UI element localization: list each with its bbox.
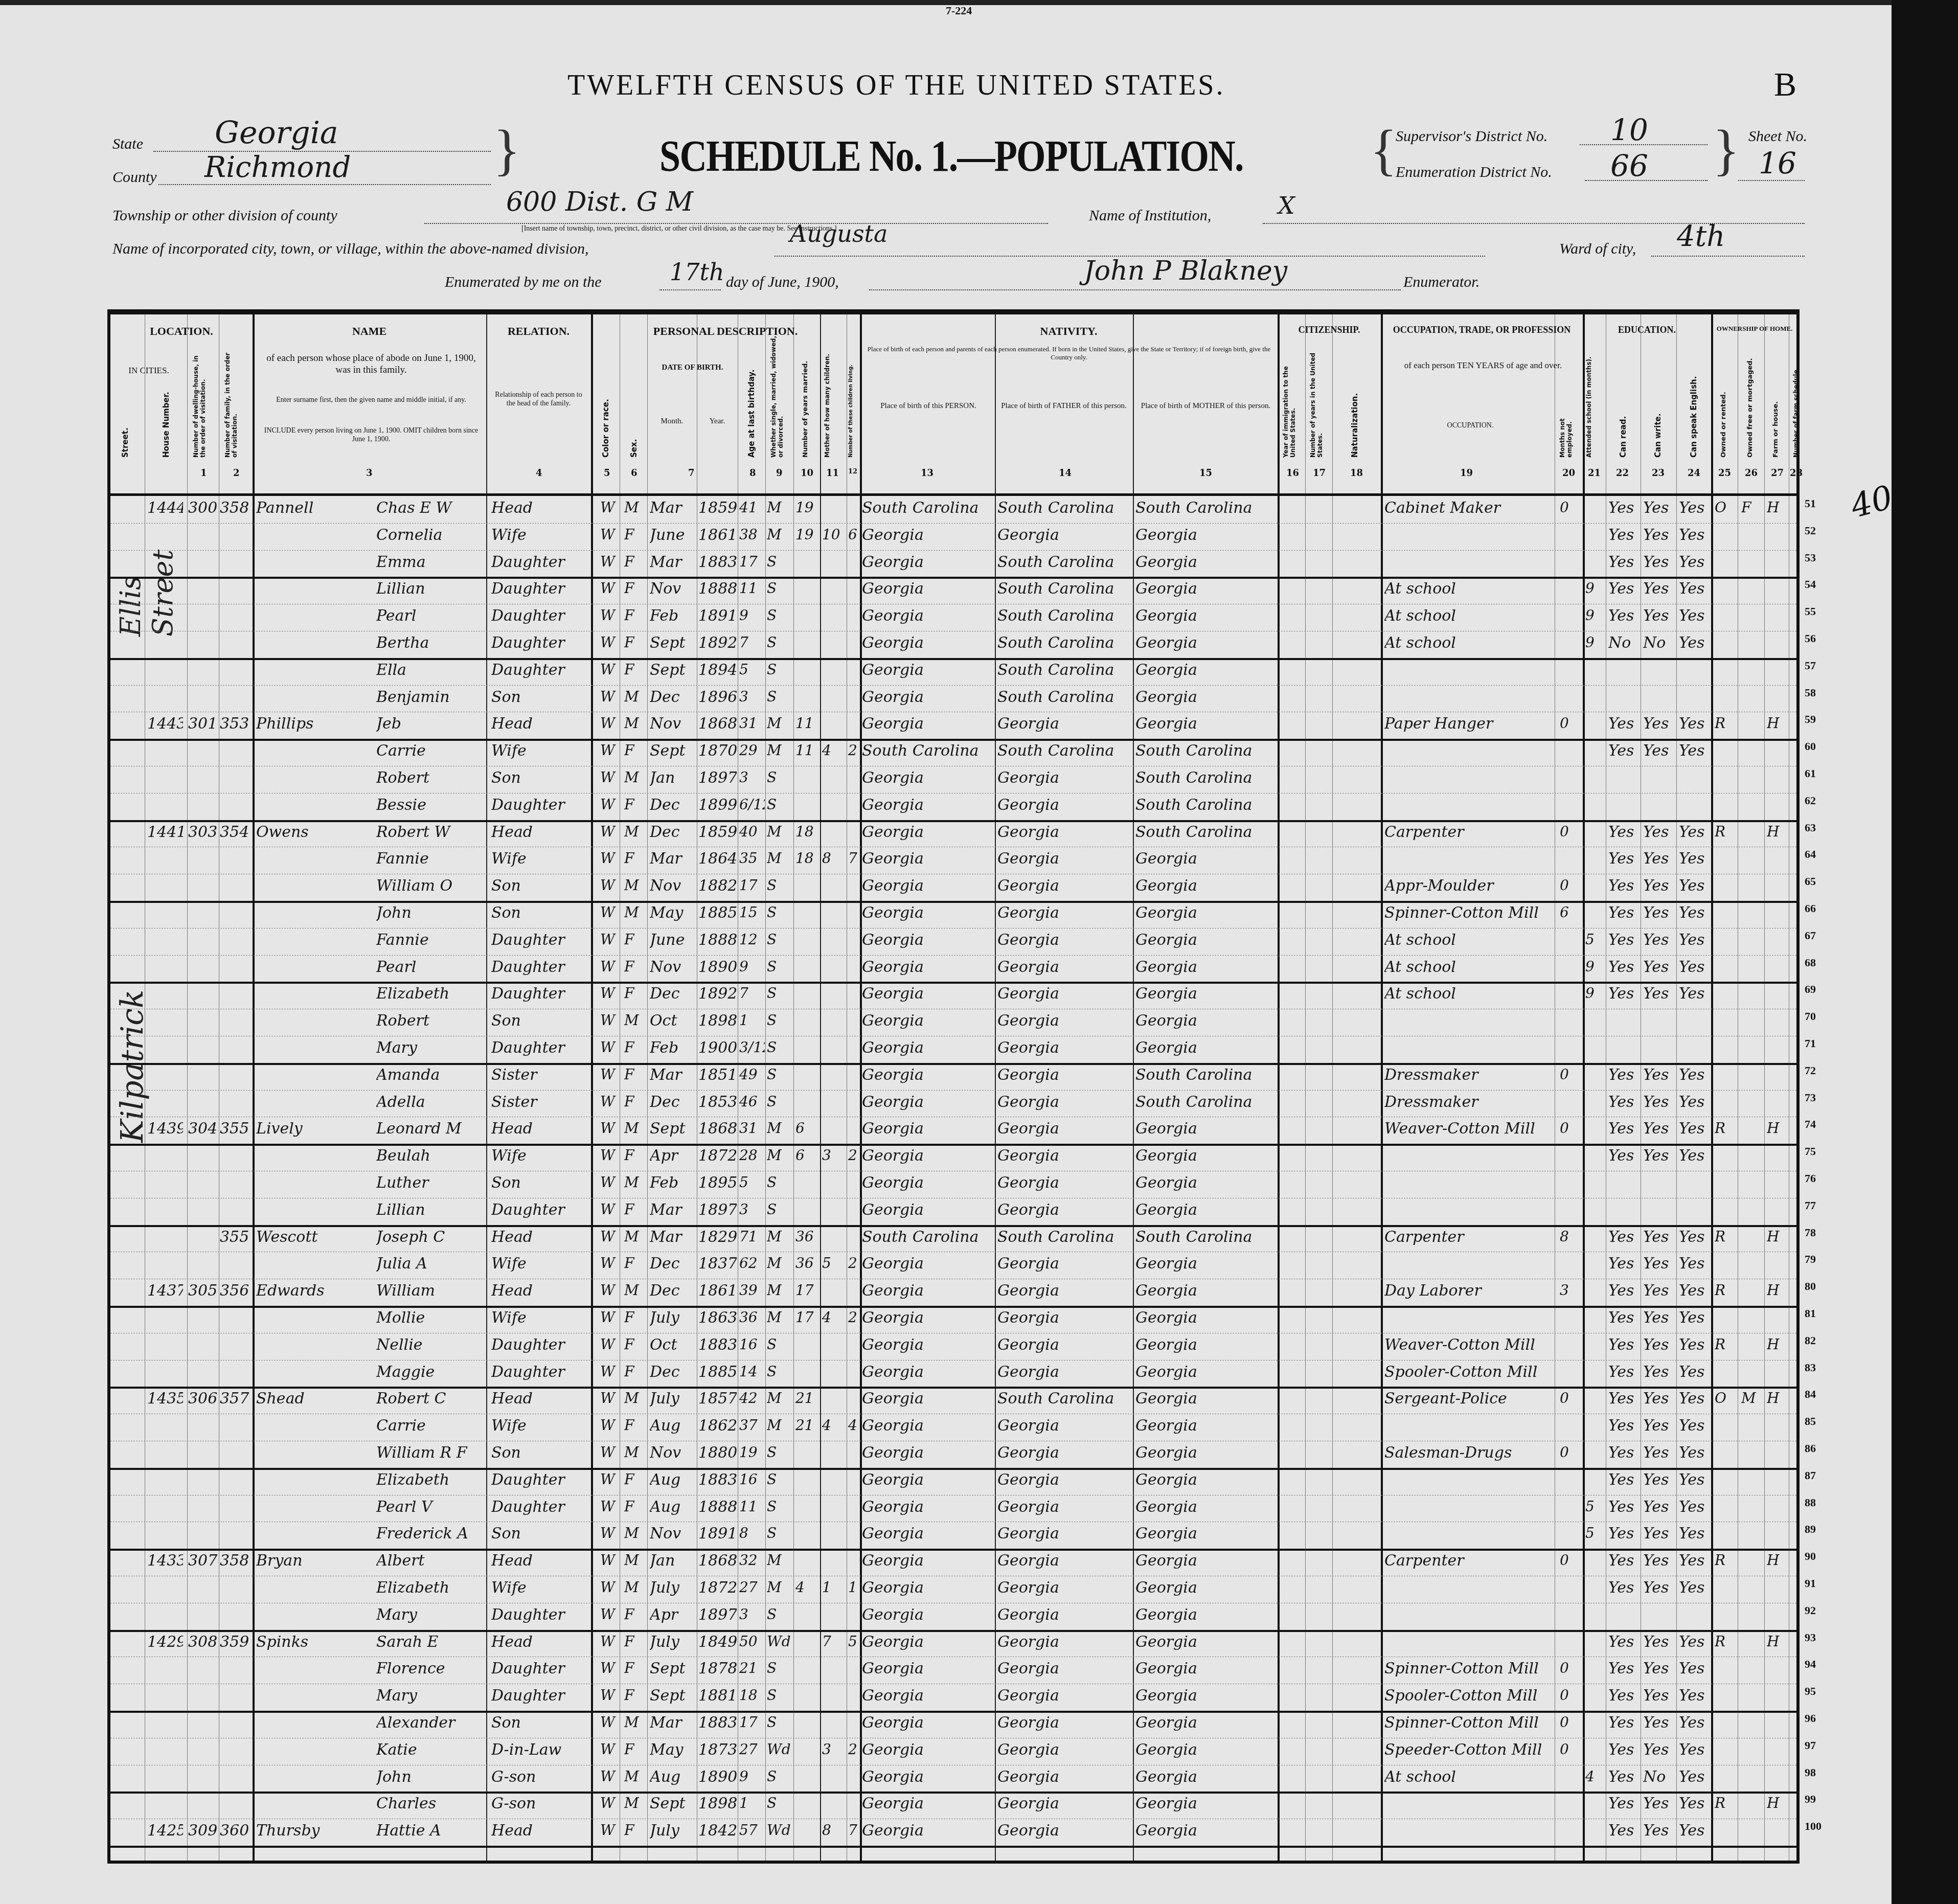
cell-pobm: Georgia — [1135, 1795, 1277, 1812]
cell-given: Ella — [376, 661, 486, 679]
cell-sex: F — [624, 931, 646, 948]
cell-yr: 1897 — [698, 769, 737, 787]
scan-edge — [1892, 0, 1958, 1904]
cell-en: Yes — [1679, 1282, 1710, 1300]
cell-pob: Georgia — [862, 877, 994, 895]
cell-sex: M — [624, 823, 646, 840]
cell-pob: Georgia — [862, 1525, 994, 1543]
cell-pobf: Georgia — [997, 904, 1131, 922]
cell-yr: 1883 — [698, 1471, 737, 1489]
table-row: 355WescottJoseph CHeadWMMar182971M36Sout… — [110, 1225, 1796, 1253]
cell-wr: Yes — [1643, 1795, 1674, 1812]
line-number: 60 — [1805, 740, 1816, 753]
cell-sex: M — [624, 1390, 646, 1407]
cell-rd: Yes — [1608, 1255, 1639, 1273]
cell-yr: 1868 — [698, 715, 737, 733]
col-num: 3 — [366, 468, 373, 479]
cell-en: Yes — [1679, 1822, 1710, 1840]
cell-mon: Dec — [650, 1282, 696, 1300]
table-row: PearlDaughterWFNov18909SGeorgiaGeorgiaGe… — [110, 955, 1796, 984]
cell-wr: Yes — [1643, 850, 1674, 868]
cell-sex: M — [624, 1714, 646, 1731]
cell-occ: Paper Hanger — [1384, 715, 1553, 733]
cell-given: Robert W — [376, 823, 486, 841]
cell-sex: F — [624, 1147, 646, 1164]
cell-ms: S — [767, 769, 792, 786]
cell-color: W — [600, 1444, 619, 1461]
cell-age: 3 — [739, 1606, 765, 1623]
cell-age: 16 — [739, 1336, 765, 1353]
cell-wr: Yes — [1643, 958, 1674, 976]
cell-pobm: Georgia — [1135, 1471, 1277, 1489]
cell-color: W — [600, 1201, 619, 1218]
cell-pobm: Georgia — [1135, 1390, 1277, 1408]
cell-ms: S — [767, 904, 792, 921]
cell-pobf: Georgia — [997, 823, 1131, 841]
cell-given: William R F — [376, 1444, 486, 1462]
cell-en: Yes — [1679, 607, 1710, 625]
line-number: 56 — [1805, 632, 1816, 645]
cell-color: W — [600, 904, 619, 921]
cell-rd: Yes — [1608, 958, 1639, 976]
cell-pob: Georgia — [862, 1336, 994, 1354]
cell-house: 1443 — [147, 715, 183, 733]
cell-occ: Day Laborer — [1384, 1282, 1553, 1300]
cell-age: 17 — [739, 1714, 765, 1731]
children-living-col-header: Number of these children living. — [848, 335, 859, 458]
cell-pobf: Georgia — [997, 1417, 1131, 1435]
dwelling-col-header: Number of dwelling-house, in the order o… — [192, 345, 215, 458]
table-row: 1441303354OwensRobert WHeadWMDec185940M1… — [110, 820, 1796, 848]
table-row: LillianDaughterWFNov188811SGeorgiaSouth … — [110, 577, 1796, 604]
cell-unemp: 0 — [1560, 1552, 1580, 1569]
cell-wr: Yes — [1643, 1633, 1674, 1651]
mother-of-col-header: Mother of how many children. — [824, 335, 845, 458]
cell-color: W — [600, 931, 619, 948]
cell-ms: S — [767, 1687, 792, 1704]
cell-en: Yes — [1679, 1228, 1710, 1246]
cell-given: Mary — [376, 1687, 486, 1705]
cell-en: Yes — [1679, 1714, 1710, 1732]
cell-pob: Georgia — [862, 931, 994, 949]
table-row: BerthaDaughterWFSept18927SGeorgiaSouth C… — [110, 631, 1796, 660]
cell-en: Yes — [1679, 931, 1710, 949]
cell-rd: Yes — [1608, 1363, 1639, 1381]
cell-pob: Georgia — [862, 1471, 994, 1489]
cell-given: Mary — [376, 1606, 486, 1624]
cell-mon: June — [650, 931, 696, 949]
name-instruction: Enter surname first, then the given name… — [264, 396, 479, 405]
cell-color: W — [600, 526, 619, 543]
cell-occ: At school — [1384, 958, 1553, 976]
cell-ms: S — [767, 796, 792, 813]
line-number: 57 — [1805, 659, 1816, 672]
cell-color: W — [600, 877, 619, 894]
cell-color: W — [600, 1228, 619, 1245]
cell-rel: Head — [491, 1633, 588, 1651]
cell-rd: Yes — [1608, 1822, 1639, 1840]
cell-sex: F — [624, 1606, 646, 1623]
cell-yr: 1851 — [698, 1066, 737, 1084]
cell-color: W — [600, 1633, 619, 1650]
cell-rel: Head — [491, 823, 588, 841]
cell-rd: Yes — [1608, 715, 1639, 733]
cell-en: Yes — [1679, 850, 1710, 868]
cell-mon: Sept — [650, 1687, 696, 1705]
cell-sex: M — [624, 1120, 646, 1137]
cell-age: 3 — [739, 688, 765, 705]
cell-surname: Bryan — [256, 1552, 374, 1570]
cell-pobm: Georgia — [1135, 1741, 1277, 1759]
table-row: LutherSonWMFeb18955SGeorgiaGeorgiaGeorgi… — [110, 1171, 1796, 1198]
cell-rd: Yes — [1608, 1660, 1639, 1678]
cell-surname: Phillips — [256, 715, 374, 733]
cell-pob: Georgia — [862, 634, 994, 652]
cell-fam: 360 — [220, 1822, 252, 1840]
cell-sex: F — [624, 1255, 646, 1272]
col-num: 8 — [749, 468, 756, 479]
cell-given: Leonard M — [376, 1120, 486, 1138]
cell-mc: 8 — [822, 850, 846, 867]
line-number: 78 — [1805, 1226, 1816, 1239]
cell-occ: Spinner-Cotton Mill — [1384, 1660, 1553, 1678]
cell-ms: S — [767, 1471, 792, 1488]
institution-label: Name of Institution, — [1089, 207, 1211, 224]
cell-age: 14 — [739, 1363, 765, 1380]
cell-mc: 8 — [822, 1822, 846, 1839]
cell-sex: F — [624, 1660, 646, 1676]
enumeration-district-value: 66 — [1610, 148, 1648, 183]
col-num: 19 — [1460, 468, 1473, 479]
cell-mon: Oct — [650, 1012, 696, 1030]
table-row: NellieDaughterWFOct188316SGeorgiaGeorgia… — [110, 1333, 1796, 1361]
table-row: MaryDaughterWFApr18973SGeorgiaGeorgiaGeo… — [110, 1603, 1796, 1632]
cell-color: W — [600, 1417, 619, 1434]
cell-pob: Georgia — [862, 1147, 994, 1165]
cell-ms: M — [767, 850, 792, 867]
cell-occ: Spinner-Cotton Mill — [1384, 1714, 1553, 1732]
cell-en: Yes — [1679, 1444, 1710, 1462]
line-number: 62 — [1805, 794, 1816, 807]
cell-pobm: Georgia — [1135, 1012, 1277, 1030]
cell-unemp: 0 — [1560, 1390, 1580, 1407]
line-number: 80 — [1805, 1280, 1816, 1293]
cell-yr: 1890 — [698, 958, 737, 976]
cell-occ: Speeder-Cotton Mill — [1384, 1741, 1553, 1759]
cell-wr: Yes — [1643, 1660, 1674, 1678]
line-number: 64 — [1805, 848, 1816, 861]
cell-pob: Georgia — [862, 1498, 994, 1516]
cell-rd: Yes — [1608, 1552, 1639, 1570]
cell-pobf: South Carolina — [997, 553, 1131, 571]
line-number: 58 — [1805, 686, 1816, 699]
cell-age: 15 — [739, 904, 765, 921]
line-number: 72 — [1805, 1064, 1816, 1077]
cell-fh: H — [1767, 1795, 1787, 1811]
cell-pob: Georgia — [862, 1687, 994, 1705]
cell-mon: Mar — [650, 1066, 696, 1084]
cell-ms: S — [767, 1498, 792, 1515]
cell-given: Robert — [376, 769, 486, 787]
cell-yr: 1897 — [698, 1201, 737, 1219]
cell-yr: 1898 — [698, 1795, 737, 1812]
cell-pob: Georgia — [862, 1174, 994, 1192]
table-row: ElizabethWifeWMJuly187227M411GeorgiaGeor… — [110, 1576, 1796, 1603]
cell-rel: Son — [491, 904, 588, 922]
cell-pobf: Georgia — [997, 1444, 1131, 1462]
cell-occ: Carpenter — [1384, 823, 1553, 841]
table-row: RobertSonWMJan18973SGeorgiaGeorgiaSouth … — [110, 766, 1796, 794]
line-number: 91 — [1805, 1577, 1816, 1590]
table-row: BeulahWifeWFApr187228M632GeorgiaGeorgiaG… — [110, 1144, 1796, 1171]
cell-mon: Aug — [650, 1768, 696, 1786]
line-number: 84 — [1805, 1388, 1816, 1401]
cell-en: Yes — [1679, 1660, 1710, 1678]
cell-en: Yes — [1679, 904, 1710, 922]
naturalization-col-header: Naturalization. — [1350, 376, 1359, 458]
cell-mc: 3 — [822, 1741, 846, 1758]
table-row: CarrieWifeWFAug186237M2144GeorgiaGeorgia… — [110, 1414, 1796, 1441]
ward-label: Ward of city, — [1559, 240, 1636, 258]
cell-en: Yes — [1679, 877, 1710, 895]
cell-wr: Yes — [1643, 1363, 1674, 1381]
cell-en: Yes — [1679, 1093, 1710, 1111]
cell-mon: Dec — [650, 1363, 696, 1381]
cell-sex: F — [624, 1498, 646, 1515]
cell-color: W — [600, 796, 619, 813]
cell-given: Benjamin — [376, 688, 486, 706]
township-label: Township or other division of county — [112, 207, 337, 224]
line-number: 87 — [1805, 1469, 1816, 1482]
cell-pob: Georgia — [862, 1552, 994, 1570]
cell-wr: Yes — [1643, 1390, 1674, 1408]
cell-color: W — [600, 1066, 619, 1083]
supervisor-district-label: Supervisor's District No. — [1396, 128, 1547, 145]
col-num: 2 — [233, 468, 240, 479]
cell-given: Mary — [376, 1039, 486, 1057]
cell-given: Lillian — [376, 1201, 486, 1219]
line-number: 65 — [1805, 875, 1816, 888]
citizenship-header: CITIZENSHIP. — [1278, 325, 1381, 335]
line-number: 92 — [1805, 1604, 1816, 1617]
cell-house: 1444 — [147, 499, 183, 517]
col-num: 9 — [776, 468, 783, 479]
cell-dw: 307 — [188, 1552, 219, 1570]
cell-sch: 9 — [1585, 634, 1605, 651]
cell-ym: 4 — [795, 1579, 819, 1596]
table-row: BenjaminSonWMDec18963SGeorgiaSouth Carol… — [110, 685, 1796, 713]
cell-ms: S — [767, 580, 792, 597]
cell-ms: M — [767, 1228, 792, 1245]
cell-given: Mollie — [376, 1309, 486, 1327]
cell-pob: Georgia — [862, 1282, 994, 1300]
cell-yr: 1892 — [698, 634, 737, 652]
cell-ym: 11 — [795, 715, 819, 732]
cell-pobm: Georgia — [1135, 580, 1277, 598]
cell-age: 46 — [739, 1093, 765, 1110]
name-description: of each person whose place of abode on J… — [264, 353, 479, 376]
cell-sex: F — [624, 1336, 646, 1353]
cell-pobm: Georgia — [1135, 661, 1277, 679]
col-num: 24 — [1688, 468, 1700, 479]
cell-color: W — [600, 958, 619, 975]
cell-pobf: South Carolina — [997, 580, 1131, 598]
enumerated-suffix: day of June, 1900, — [726, 274, 839, 291]
cell-given: Bertha — [376, 634, 486, 652]
cell-given: Julia A — [376, 1255, 486, 1273]
cell-pob: South Carolina — [862, 742, 994, 760]
cell-wr: Yes — [1643, 1552, 1674, 1570]
cell-color: W — [600, 1120, 619, 1137]
cell-en: Yes — [1679, 1525, 1710, 1543]
cell-unemp: 0 — [1560, 715, 1580, 732]
cell-pob: Georgia — [862, 904, 994, 922]
cell-unemp: 0 — [1560, 1066, 1580, 1083]
cell-color: W — [600, 1498, 619, 1515]
cell-given: Pearl — [376, 607, 486, 625]
cell-pobm: Georgia — [1135, 1201, 1277, 1219]
cell-age: 16 — [739, 1471, 765, 1488]
cell-ms: S — [767, 553, 792, 570]
occupation-header: OCCUPATION, TRADE, OR PROFESSION — [1381, 325, 1583, 335]
cell-en: Yes — [1679, 580, 1710, 598]
line-number: 97 — [1805, 1739, 1816, 1752]
cell-yr: 1885 — [698, 904, 737, 922]
cell-ms: M — [767, 1282, 792, 1299]
cell-sex: M — [624, 1552, 646, 1569]
cell-surname: Shead — [256, 1390, 374, 1408]
cell-pob: Georgia — [862, 1660, 994, 1678]
cell-pobm: Georgia — [1135, 904, 1277, 922]
table-row: BessieDaughterWFDec18996/12SGeorgiaGeorg… — [110, 793, 1796, 822]
cell-age: 37 — [739, 1417, 765, 1434]
cell-mc: 5 — [822, 1255, 846, 1272]
cell-en: Yes — [1679, 958, 1710, 976]
month-header: Month. — [647, 417, 697, 426]
cell-rd: Yes — [1608, 1471, 1639, 1489]
township-value: 600 Dist. G M — [506, 187, 693, 217]
line-number: 90 — [1805, 1550, 1816, 1563]
cell-mon: Apr — [650, 1147, 696, 1165]
cell-pobm: Georgia — [1135, 715, 1277, 733]
cell-rd: Yes — [1608, 931, 1639, 949]
cell-color: W — [600, 580, 619, 597]
cell-pobm: Georgia — [1135, 1282, 1277, 1300]
cell-sex: F — [624, 742, 646, 759]
cell-pobf: Georgia — [997, 1309, 1131, 1327]
cell-age: 29 — [739, 742, 765, 759]
cell-pob: Georgia — [862, 553, 994, 571]
cell-mon: Nov — [650, 1525, 696, 1543]
table-row: FlorenceDaughterWFSept187821SGeorgiaGeor… — [110, 1657, 1796, 1684]
cell-sex: F — [624, 1363, 646, 1380]
cell-color: W — [600, 1660, 619, 1676]
cell-pob: Georgia — [862, 1201, 994, 1219]
cell-pobf: Georgia — [997, 958, 1131, 976]
cell-rel: Son — [491, 877, 588, 895]
cell-wr: Yes — [1643, 1282, 1674, 1300]
cell-mon: Feb — [650, 1039, 696, 1057]
cell-wr: No — [1643, 634, 1674, 652]
street-col-header: Street. — [121, 391, 130, 458]
age-col-header: Age at last birthday. — [747, 366, 756, 458]
cell-yr: 1870 — [698, 742, 737, 760]
cell-rd: Yes — [1608, 1228, 1639, 1246]
cell-rd: Yes — [1608, 1282, 1639, 1300]
cell-ms: M — [767, 1390, 792, 1407]
cell-rel: Daughter — [491, 607, 588, 625]
cell-occ: Cabinet Maker — [1384, 499, 1553, 517]
cell-ms: S — [767, 1012, 792, 1029]
cell-ms: S — [767, 661, 792, 678]
cell-color: W — [600, 553, 619, 570]
cell-pobf: South Carolina — [997, 499, 1131, 517]
cell-pobf: Georgia — [997, 1687, 1131, 1705]
cell-rel: Son — [491, 1444, 588, 1462]
cell-sex: F — [624, 526, 646, 543]
cell-pob: Georgia — [862, 580, 994, 598]
cell-given: Katie — [376, 1741, 486, 1759]
cell-pobf: Georgia — [997, 1579, 1131, 1597]
cell-yr: 1873 — [698, 1741, 737, 1759]
cell-pobf: Georgia — [997, 1660, 1131, 1678]
cell-pob: Georgia — [862, 823, 994, 841]
cell-fam: 358 — [220, 499, 252, 517]
cell-color: W — [600, 1822, 619, 1839]
cell-pobm: Georgia — [1135, 553, 1277, 571]
cell-mon: Dec — [650, 1255, 696, 1273]
cell-rd: Yes — [1608, 1444, 1639, 1462]
cell-pob: Georgia — [862, 1741, 994, 1759]
cell-ms: S — [767, 931, 792, 948]
cell-rel: Daughter — [491, 985, 588, 1003]
cell-pob: Georgia — [862, 1417, 994, 1435]
table-row: EmmaDaughterWFMar188317SGeorgiaSouth Car… — [110, 550, 1796, 579]
cell-pobf: South Carolina — [997, 607, 1131, 625]
cell-mon: June — [650, 526, 696, 544]
sex-col-header: Sex. — [629, 427, 639, 458]
cell-pob: Georgia — [862, 1012, 994, 1030]
cell-given: Robert C — [376, 1390, 486, 1408]
cell-age: 50 — [739, 1633, 765, 1650]
cell-fam: 355 — [220, 1228, 252, 1246]
cell-rel: Wife — [491, 526, 588, 544]
cell-rel: Son — [491, 1174, 588, 1192]
cell-fh: H — [1767, 1552, 1787, 1569]
cell-ym: 21 — [795, 1390, 819, 1407]
cell-sex: F — [624, 1741, 646, 1758]
cell-sex: M — [624, 1282, 646, 1299]
cell-rel: Daughter — [491, 661, 588, 679]
line-number: 67 — [1805, 929, 1816, 942]
cell-sex: M — [624, 769, 646, 786]
col-num: 22 — [1616, 468, 1629, 479]
cell-age: 5 — [739, 661, 765, 678]
cell-occ: Spooler-Cotton Mill — [1384, 1687, 1553, 1705]
line-number: 95 — [1805, 1685, 1816, 1698]
cell-surname: Wescott — [256, 1228, 374, 1246]
cell-house: 1433 — [147, 1552, 183, 1570]
form-number: 7-224 — [946, 4, 972, 17]
cell-wr: Yes — [1643, 580, 1674, 598]
cell-age: 17 — [739, 877, 765, 894]
cell-given: Elizabeth — [376, 1471, 486, 1489]
cell-mon: Feb — [650, 1174, 696, 1192]
cell-age: 3/12 — [739, 1039, 765, 1056]
cell-pob: Georgia — [862, 1390, 994, 1408]
line-number: 76 — [1805, 1172, 1816, 1185]
cell-fm: M — [1741, 1390, 1762, 1407]
